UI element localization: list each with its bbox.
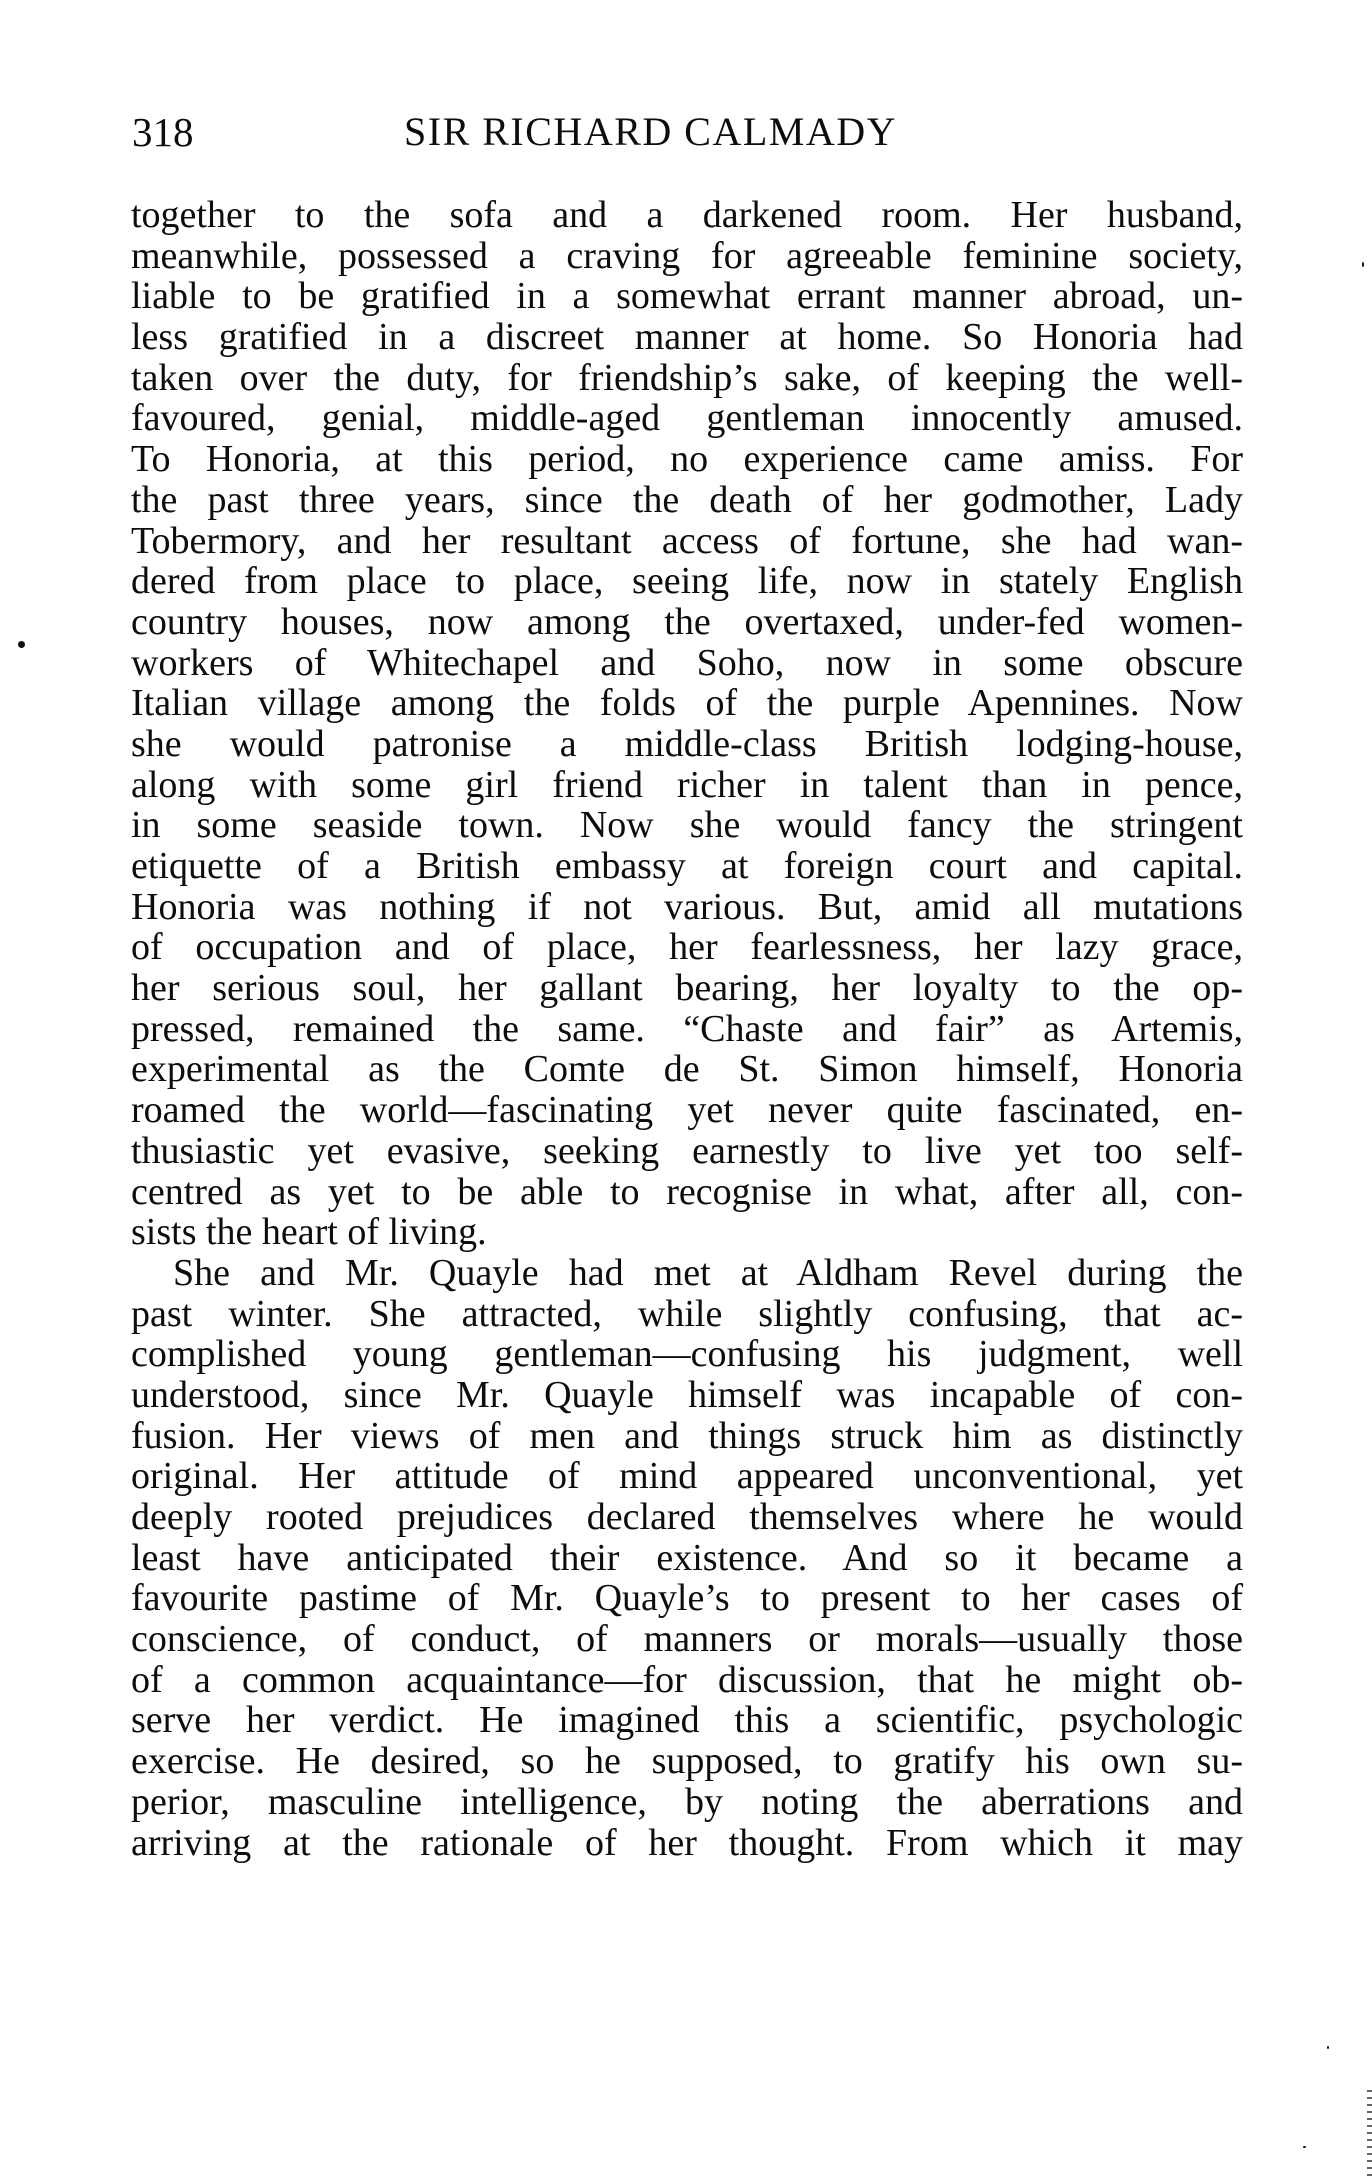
body-text: together to the sofa and a darkened room…: [131, 195, 1243, 1863]
text-line: fusion. Her views of men and things stru…: [131, 1416, 1243, 1457]
text-line: understood, since Mr. Quayle himself was…: [131, 1375, 1243, 1416]
text-line: least have anticipated their existence. …: [131, 1538, 1243, 1579]
text-line: Italian village among the folds of the p…: [131, 683, 1243, 724]
text-line: together to the sofa and a darkened room…: [131, 195, 1243, 236]
text-line: roamed the world—fascinating yet never q…: [131, 1090, 1243, 1131]
paragraph: together to the sofa and a darkened room…: [131, 195, 1243, 1253]
text-line: favoured, genial, middle-aged gentleman …: [131, 398, 1243, 439]
text-line: in some seaside town. Now she would fanc…: [131, 805, 1243, 846]
running-title: SIR RICHARD CALMADY: [404, 106, 976, 158]
text-line: conscience, of conduct, of manners or mo…: [131, 1619, 1243, 1660]
text-line: arriving at the rationale of her thought…: [131, 1823, 1243, 1864]
text-line: perior, masculine intelligence, by notin…: [131, 1782, 1243, 1823]
text-line: centred as yet to be able to recognise i…: [131, 1172, 1243, 1213]
text-line: serve her verdict. He imagined this a sc…: [131, 1700, 1243, 1741]
scan-speck: [18, 641, 25, 648]
text-line: her serious soul, her gallant bearing, h…: [131, 968, 1243, 1009]
scan-speck: [1303, 2146, 1306, 2148]
running-head: 318 SIR RICHARD CALMADY: [132, 106, 1244, 158]
text-line: the past three years, since the death of…: [131, 480, 1243, 521]
text-line: exercise. He desired, so he supposed, to…: [131, 1741, 1243, 1782]
text-line: dered from place to place, seeing life, …: [131, 561, 1243, 602]
text-line: favourite pastime of Mr. Quayle’s to pre…: [131, 1578, 1243, 1619]
text-line: pressed, remained the same. “Chaste and …: [131, 1009, 1243, 1050]
text-line: experimental as the Comte de St. Simon h…: [131, 1049, 1243, 1090]
paragraph: She and Mr. Quayle had met at Aldham Rev…: [131, 1253, 1243, 1863]
text-line: of occupation and of place, her fearless…: [131, 927, 1243, 968]
book-page: 318 SIR RICHARD CALMADY together to the …: [0, 0, 1372, 2179]
scan-speck: [1362, 262, 1364, 267]
text-line: taken over the duty, for friendship’s sa…: [131, 358, 1243, 399]
text-line: along with some girl friend richer in ta…: [131, 765, 1243, 806]
text-line: etiquette of a British embassy at foreig…: [131, 846, 1243, 887]
text-line: of a common acquaintance—for discussion,…: [131, 1660, 1243, 1701]
scan-speck: [1327, 2046, 1329, 2049]
text-line: She and Mr. Quayle had met at Aldham Rev…: [131, 1253, 1243, 1294]
text-line: meanwhile, possessed a craving for agree…: [131, 236, 1243, 277]
text-line: less gratified in a discreet manner at h…: [131, 317, 1243, 358]
text-line: original. Her attitude of mind appeared …: [131, 1456, 1243, 1497]
page-number: 318: [132, 106, 194, 158]
text-line: complished young gentleman—confusing his…: [131, 1334, 1243, 1375]
text-line: she would patronise a middle-class Briti…: [131, 724, 1243, 765]
text-line: country houses, now among the overtaxed,…: [131, 602, 1243, 643]
text-line: liable to be gratified in a somewhat err…: [131, 276, 1243, 317]
text-line: thusiastic yet evasive, seeking earnestl…: [131, 1131, 1243, 1172]
text-line: sists the heart of living.: [131, 1212, 1243, 1253]
text-line: To Honoria, at this period, no experienc…: [131, 439, 1243, 480]
text-line: workers of Whitechapel and Soho, now in …: [131, 643, 1243, 684]
text-line: Honoria was nothing if not various. But,…: [131, 887, 1243, 928]
text-line: deeply rooted prejudices declared themse…: [131, 1497, 1243, 1538]
text-line: past winter. She attracted, while slight…: [131, 1294, 1243, 1335]
text-line: Tobermory, and her resultant access of f…: [131, 521, 1243, 562]
scan-edge-noise: [1367, 2090, 1372, 2179]
